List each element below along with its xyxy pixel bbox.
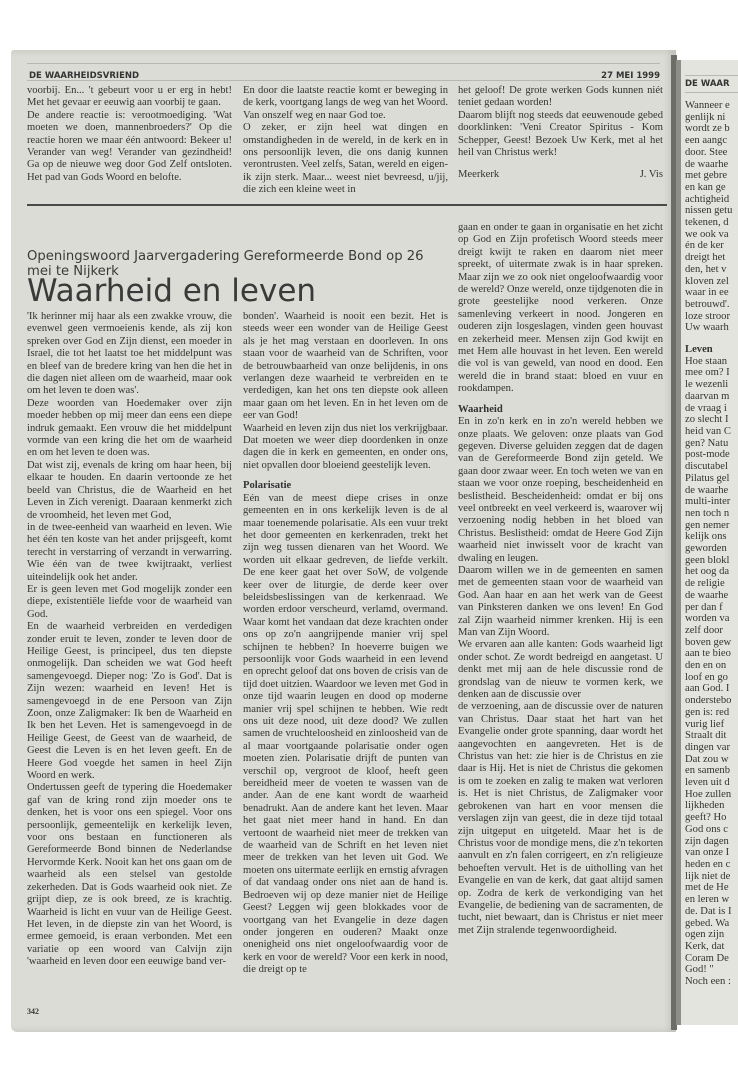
text-line: de vraag i	[685, 403, 738, 415]
facing-page-column: Wanneer e genlijk ni wordt ze b een aang…	[685, 100, 738, 988]
text-line: wordt ze b	[685, 123, 738, 135]
text-line: den en on	[685, 660, 738, 672]
facing-page: DE WAAR Wanneer e genlijk ni wordt ze b …	[676, 60, 738, 1025]
paragraph: En door die laatste reactie komt er bewe…	[243, 85, 448, 122]
text-line: daarvan m	[685, 391, 738, 403]
text-line: lijkheden	[685, 800, 738, 812]
paragraph: Daarom blijft nog steeds dat eeuwenoude …	[458, 110, 663, 160]
text-line: Pilatus gel	[685, 473, 738, 485]
section-divider	[27, 204, 667, 206]
facing-page-header: DE WAAR	[685, 75, 738, 93]
text-line: kloven zel	[685, 276, 738, 288]
main-article-col-1: 'Ik herinner mij haar als een zwakke vro…	[27, 311, 232, 969]
paragraph: Daarom willen we in de gemeenten en same…	[458, 565, 663, 639]
text-line: Dat zou w	[685, 754, 738, 766]
text-line: den, het v	[685, 264, 738, 276]
paragraph: 'Ik herinner mij haar als een zwakke vro…	[27, 311, 232, 398]
text-line: dingen var	[685, 742, 738, 754]
text-line: ogen zijn	[685, 929, 738, 941]
paragraph: Er is geen leven met God mogelijk zonder…	[27, 584, 232, 621]
top-article-col-1: voorbij. En... 't gebeurt voor u er erg …	[27, 85, 232, 184]
text-line: van onze I	[685, 847, 738, 859]
text-line: loze stroor	[685, 311, 738, 323]
paragraph: O zeker, er zijn heel wat dingen en omst…	[243, 122, 448, 196]
text-line: Noch een :	[685, 976, 738, 988]
text-line: de waarhe	[685, 590, 738, 602]
paragraph: Dat wist zij, evenals de kring om haar h…	[27, 460, 232, 522]
magazine-page: DE WAARHEIDSVRIEND 27 MEI 1999 voorbij. …	[11, 50, 676, 1032]
text-line: het oog da	[685, 566, 738, 578]
paragraph: bonden'. Waarheid is nooit een bezit. He…	[243, 311, 448, 423]
text-line: en leren w	[685, 894, 738, 906]
text-line: loof en go	[685, 672, 738, 684]
text-line: aan God. I	[685, 683, 738, 695]
text-line: Wanneer e	[685, 100, 738, 112]
page-number: 342	[27, 1007, 39, 1016]
signoff-author: J. Vis	[640, 169, 663, 181]
text-line: dreigt het	[685, 252, 738, 264]
text-line: betrouwd'.	[685, 299, 738, 311]
text-line: achtigheid	[685, 194, 738, 206]
text-line: geworden	[685, 543, 738, 555]
text-line: discutabel	[685, 461, 738, 473]
paragraph: En in zo'n kerk en in zo'n wereld hebben…	[458, 416, 663, 565]
text-line: kelijk ons	[685, 531, 738, 543]
text-line: zo slecht I	[685, 414, 738, 426]
text-line: God ons c	[685, 824, 738, 836]
paragraph: het geloof! De grote werken Gods kunnen …	[458, 85, 663, 110]
text-line: de waarhe	[685, 159, 738, 171]
paragraph: We ervaren aan alle kanten: Gods waarhei…	[458, 639, 663, 701]
text-line: de religie	[685, 578, 738, 590]
text-line: we ook va	[685, 229, 738, 241]
text-line: heden en c	[685, 859, 738, 871]
text-line: gebed. Wa	[685, 918, 738, 930]
main-article-col-2: bonden'. Waarheid is nooit een bezit. He…	[243, 311, 448, 977]
text-line: door. Stee	[685, 147, 738, 159]
top-article-col-3: het geloof! De grote werken Gods kunnen …	[458, 85, 663, 182]
signoff: Meerkerk J. Vis	[458, 169, 663, 181]
text-line: een aangc	[685, 135, 738, 147]
text-line: de waarhe	[685, 485, 738, 497]
text-line: de. Dat is I	[685, 906, 738, 918]
text-line: God! "	[685, 964, 738, 976]
text-line: met de He	[685, 882, 738, 894]
paragraph: De andere reactie is: verootmoediging. '…	[27, 110, 232, 184]
text-line: gen? Natu	[685, 438, 738, 450]
text-line: vurig lief	[685, 719, 738, 731]
subheading-waarheid: Waarheid	[458, 404, 663, 416]
text-line: mee om? I	[685, 367, 738, 379]
text-line: le wezenli	[685, 379, 738, 391]
text-line: onderstebo	[685, 695, 738, 707]
text-line: Kerk, dat	[685, 941, 738, 953]
signoff-place: Meerkerk	[458, 169, 499, 181]
text-line: waar in ee	[685, 287, 738, 299]
text-line: genlijk ni	[685, 112, 738, 124]
paragraph: Ondertussen geeft de typering die Hoedem…	[27, 782, 232, 968]
text-line: aan te bieo	[685, 648, 738, 660]
text-line: gen is: red	[685, 707, 738, 719]
publication-name: DE WAARHEIDSVRIEND	[29, 68, 139, 84]
text-line: gen nemer	[685, 520, 738, 532]
text-line: zijn dagen	[685, 836, 738, 848]
subheading-polarisatie: Polarisatie	[243, 480, 448, 492]
text-line: leven uit d	[685, 777, 738, 789]
text-line: Straalt dit	[685, 730, 738, 742]
paragraph: Deze woorden van Hoedemaker over zijn mo…	[27, 398, 232, 460]
text-line: Uw waarh	[685, 322, 738, 334]
text-line: geen blokl	[685, 555, 738, 567]
text-line: Hoe zullen	[685, 789, 738, 801]
article-title: Waarheid en leven	[27, 274, 316, 308]
paragraph: de verzoening, aan de discussie over de …	[458, 701, 663, 937]
paragraph: voorbij. En... 't gebeurt voor u er erg …	[27, 85, 232, 110]
issue-date: 27 MEI 1999	[601, 68, 660, 84]
text-line: Coram De	[685, 953, 738, 965]
main-article-col-3: gaan en onder te gaan in organisatie en …	[458, 222, 663, 937]
text-line: geeft? Ho	[685, 812, 738, 824]
text-line: post-mode	[685, 449, 738, 461]
text-line: en samenb	[685, 765, 738, 777]
text-line: per dan f	[685, 602, 738, 614]
text-line: met gebre	[685, 170, 738, 182]
text-line: lijk niet de	[685, 871, 738, 883]
text-line: en kan ge	[685, 182, 738, 194]
paragraph: gaan en onder te gaan in organisatie en …	[458, 222, 663, 396]
text-line: én de ker	[685, 240, 738, 252]
text-line: nissen getu	[685, 205, 738, 217]
facing-subheading-leven: Leven	[685, 344, 738, 356]
text-line: worden va	[685, 613, 738, 625]
paragraph: Waarheid en leven zijn dus niet los verk…	[243, 423, 448, 473]
paragraph: En de waarheid verbreiden en verdedigen …	[27, 621, 232, 782]
paragraph: in de twee-eenheid van waarheid en leven…	[27, 522, 232, 584]
top-article-col-2: En door die laatste reactie komt er bewe…	[243, 85, 448, 197]
text-line: nen toch n	[685, 508, 738, 520]
paragraph: Eén van de meest diepe crises in onze ge…	[243, 493, 448, 977]
text-line: Hoe staan	[685, 356, 738, 368]
text-line: zelf door	[685, 625, 738, 637]
running-header: DE WAARHEIDSVRIEND 27 MEI 1999	[27, 63, 660, 81]
text-line: heid van C	[685, 426, 738, 438]
text-line: multi-inter	[685, 496, 738, 508]
text-line: tekenen, d	[685, 217, 738, 229]
text-line: boven gew	[685, 637, 738, 649]
